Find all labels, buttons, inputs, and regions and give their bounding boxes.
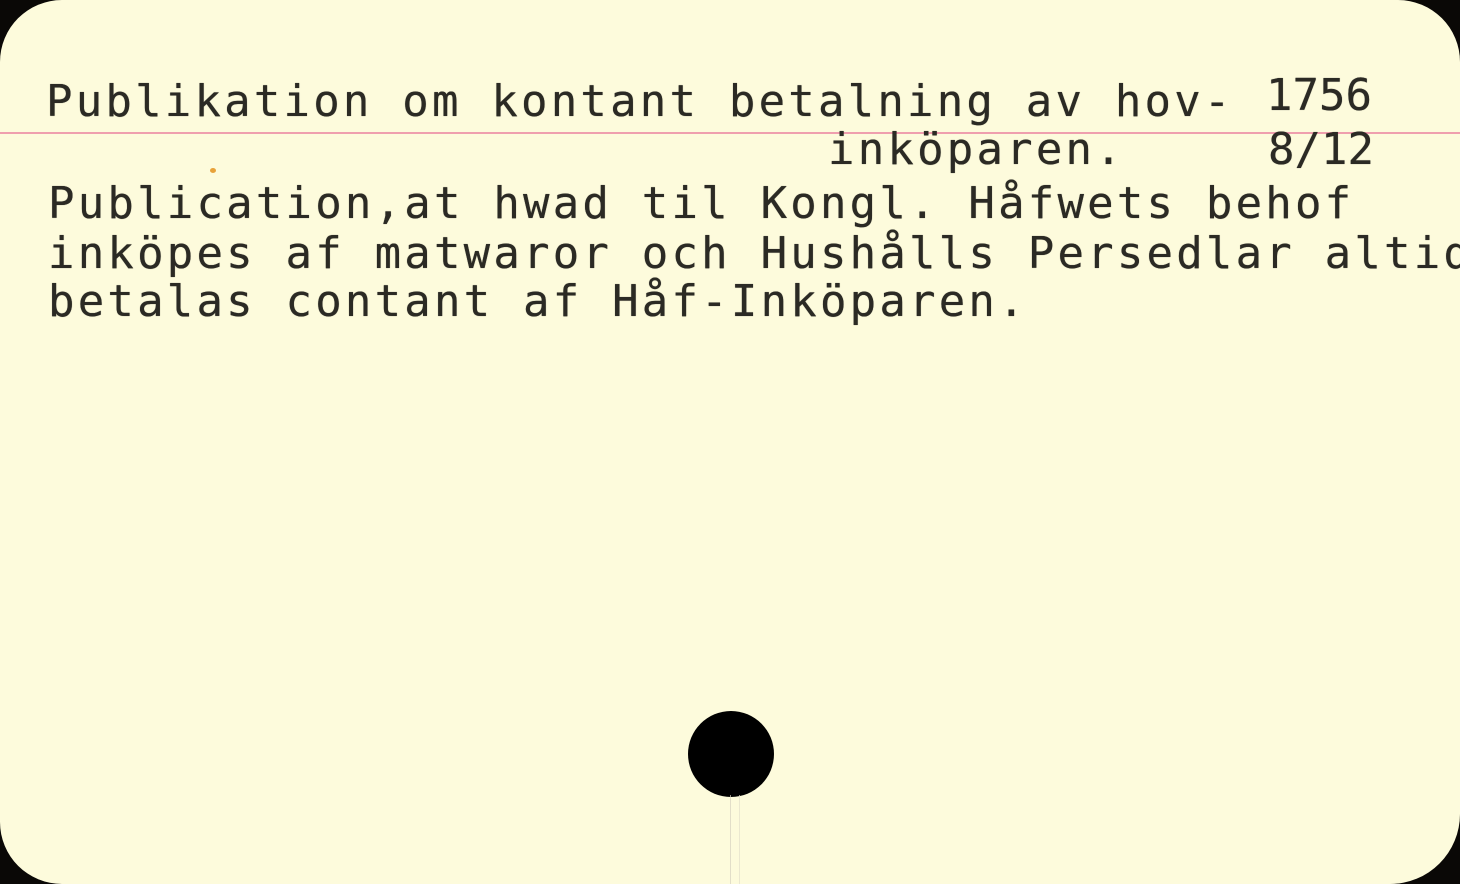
heading-line-1: Publikation om kontant betalning av hov- (46, 76, 1234, 127)
punch-hole (688, 711, 774, 797)
body-line-2: inköpes af matwaror och Hushålls Persedl… (48, 228, 1460, 279)
ruled-line (0, 132, 1460, 134)
date-day-month: 8/12 (1268, 124, 1374, 175)
heading-line-2: inköparen. (828, 124, 1125, 175)
catalog-card: Publikation om kontant betalning av hov-… (0, 0, 1460, 884)
paper-tear-mark (730, 795, 740, 884)
ink-speck (210, 168, 216, 173)
body-line-1: Publication,at hwad til Kongl. Håfwets b… (48, 178, 1354, 229)
body-line-3: betalas contant af Håf-Inköparen. (48, 276, 1028, 327)
date-year: 1756 (1266, 70, 1372, 121)
